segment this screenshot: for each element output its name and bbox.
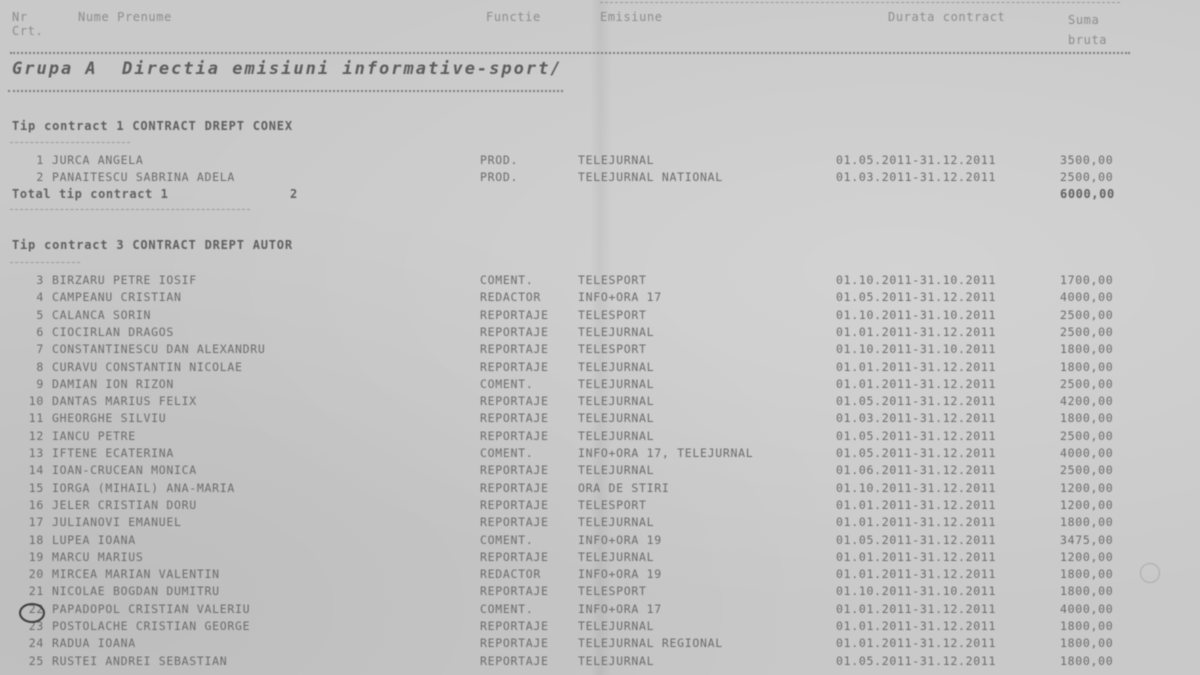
gross-sum: 1800,00 — [1060, 654, 1113, 668]
table-row: 25RUSTEI ANDREI SEBASTIANREPORTAJETELEJU… — [0, 654, 1200, 668]
emission: TELEJURNAL — [578, 515, 654, 529]
table-row: 9DAMIAN ION RIZONCOMENT.TELEJURNAL01.01.… — [0, 377, 1200, 391]
paper-smudge — [1140, 563, 1160, 583]
contract-period: 01.01.2011-31.12.2011 — [836, 377, 996, 391]
function: REPORTAJE — [480, 463, 549, 477]
emission: TELEJURNAL — [578, 394, 654, 408]
gross-sum: 1700,00 — [1060, 273, 1113, 287]
table-row: 21NICOLAE BOGDAN DUMITRUREPORTAJETELESPO… — [0, 584, 1200, 598]
contract-period: 01.05.2011-31.12.2011 — [836, 446, 996, 460]
gross-sum: 1800,00 — [1060, 360, 1113, 374]
group-divider — [8, 90, 563, 92]
emission: INFO+ORA 17 — [578, 602, 662, 616]
gross-sum: 2500,00 — [1060, 308, 1113, 322]
contract-period: 01.10.2011-31.12.2011 — [836, 481, 996, 495]
row-number: 19 — [20, 550, 44, 564]
total-sum: 6000,00 — [1060, 187, 1115, 201]
person-name: BIRZARU PETRE IOSIF — [52, 273, 197, 287]
function: PROD. — [480, 170, 518, 184]
person-name: JULIANOVI EMANUEL — [52, 515, 182, 529]
contract-period: 01.06.2011-31.12.2011 — [836, 463, 996, 477]
contract-period: 01.03.2011-31.12.2011 — [836, 411, 996, 425]
table-row: 4CAMPEANU CRISTIANREDACTORINFO+ORA 1701.… — [0, 290, 1200, 304]
total-label: Total tip contract 1 — [12, 187, 169, 201]
row-number: 6 — [20, 325, 44, 339]
group-title: Grupa A Directia emisiuni informative-sp… — [12, 62, 563, 76]
header-period: Durata contract — [888, 10, 1005, 24]
gross-sum: 2500,00 — [1060, 325, 1113, 339]
function: REPORTAJE — [480, 360, 549, 374]
table-row: 18LUPEA IOANACOMENT.INFO+ORA 1901.05.201… — [0, 533, 1200, 547]
scanned-document-page: Nr Crt. Nume Prenume Functie Emisiune Du… — [0, 0, 1200, 675]
function: COMENT. — [480, 273, 533, 287]
contract-period: 01.10.2011-31.10.2011 — [836, 584, 996, 598]
gross-sum: 1800,00 — [1060, 342, 1113, 356]
row-number: 21 — [20, 584, 44, 598]
emission: TELESPORT — [578, 584, 647, 598]
table-row: 5CALANCA SORINREPORTAJETELESPORT01.10.20… — [0, 308, 1200, 322]
function: REPORTAJE — [480, 636, 549, 650]
emission: TELEJURNAL — [578, 550, 654, 564]
person-name: IOAN-CRUCEAN MONICA — [52, 463, 197, 477]
table-row: 7CONSTANTINESCU DAN ALEXANDRUREPORTAJETE… — [0, 342, 1200, 356]
gross-sum: 4200,00 — [1060, 394, 1113, 408]
function: REPORTAJE — [480, 619, 549, 633]
emission: TELEJURNAL — [578, 654, 654, 668]
function: REDACTOR — [480, 290, 541, 304]
person-name: PANAITESCU SABRINA ADELA — [52, 170, 235, 184]
contract-period: 01.05.2011-31.12.2011 — [836, 654, 996, 668]
emission: TELEJURNAL NATIONAL — [578, 170, 723, 184]
gross-sum: 3500,00 — [1060, 153, 1113, 167]
header-nr: Nr Crt. — [12, 10, 43, 38]
table-row: 3BIRZARU PETRE IOSIFCOMENT.TELESPORT01.1… — [0, 273, 1200, 287]
gross-sum: 1200,00 — [1060, 481, 1113, 495]
person-name: MIRCEA MARIAN VALENTIN — [52, 567, 220, 581]
person-name: JURCA ANGELA — [52, 153, 143, 167]
handwritten-circle-mark — [19, 603, 45, 623]
contract-period: 01.03.2011-31.12.2011 — [836, 170, 996, 184]
person-name: DANTAS MARIUS FELIX — [52, 394, 197, 408]
emission: TELEJURNAL — [578, 377, 654, 391]
emission: INFO+ORA 19 — [578, 533, 662, 547]
person-name: DAMIAN ION RIZON — [52, 377, 174, 391]
person-name: IFTENE ECATERINA — [52, 446, 174, 460]
emission: TELEJURNAL REGIONAL — [578, 636, 723, 650]
person-name: JELER CRISTIAN DORU — [52, 498, 197, 512]
emission: TELESPORT — [578, 498, 647, 512]
function: PROD. — [480, 153, 518, 167]
gross-sum: 1800,00 — [1060, 567, 1113, 581]
table-row: 24RADUA IOANAREPORTAJETELEJURNAL REGIONA… — [0, 636, 1200, 650]
row-number: 12 — [20, 429, 44, 443]
gross-sum: 4000,00 — [1060, 290, 1113, 304]
table-row: 22PAPADOPOL CRISTIAN VALERIUCOMENT.INFO+… — [0, 602, 1200, 616]
person-name: RUSTEI ANDREI SEBASTIAN — [52, 654, 227, 668]
emission: TELEJURNAL — [578, 619, 654, 633]
row-number: 25 — [20, 654, 44, 668]
row-number: 24 — [20, 636, 44, 650]
function: REPORTAJE — [480, 394, 549, 408]
contract-period: 01.05.2011-31.12.2011 — [836, 290, 996, 304]
row-number: 1 — [20, 153, 44, 167]
table-row: 8CURAVU CONSTANTIN NICOLAEREPORTAJETELEJ… — [0, 360, 1200, 374]
gross-sum: 1800,00 — [1060, 636, 1113, 650]
person-name: LUPEA IOANA — [52, 533, 136, 547]
emission: TELESPORT — [578, 308, 647, 322]
function: REPORTAJE — [480, 515, 549, 529]
row-number: 3 — [20, 273, 44, 287]
row-number: 9 — [20, 377, 44, 391]
person-name: CONSTANTINESCU DAN ALEXANDRU — [52, 342, 265, 356]
row-number: 17 — [20, 515, 44, 529]
table-row: 2PANAITESCU SABRINA ADELAPROD.TELEJURNAL… — [0, 170, 1200, 184]
contract-period: 01.05.2011-31.12.2011 — [836, 153, 996, 167]
function: COMENT. — [480, 377, 533, 391]
section-title-contract-3: Tip contract 3 CONTRACT DREPT AUTOR — [12, 238, 293, 252]
section-1-divider — [10, 142, 130, 143]
contract-period: 01.01.2011-31.12.2011 — [836, 636, 996, 650]
contract-period: 01.01.2011-31.12.2011 — [836, 567, 996, 581]
table-row: 17JULIANOVI EMANUELREPORTAJETELEJURNAL01… — [0, 515, 1200, 529]
row-number: 13 — [20, 446, 44, 460]
row-number: 11 — [20, 411, 44, 425]
header-emission: Emisiune — [600, 10, 663, 24]
table-row: 12IANCU PETREREPORTAJETELEJURNAL01.05.20… — [0, 429, 1200, 443]
contract-period: 01.01.2011-31.12.2011 — [836, 498, 996, 512]
total-count: 2 — [290, 187, 298, 201]
gross-sum: 3475,00 — [1060, 533, 1113, 547]
function: REPORTAJE — [480, 481, 549, 495]
gross-sum: 1800,00 — [1060, 411, 1113, 425]
gross-sum: 1800,00 — [1060, 619, 1113, 633]
row-number: 7 — [20, 342, 44, 356]
gross-sum: 2500,00 — [1060, 170, 1113, 184]
person-name: MARCU MARIUS — [52, 550, 143, 564]
section-title-contract-1: Tip contract 1 CONTRACT DREPT CONEX — [12, 119, 293, 133]
section-3-divider — [10, 262, 80, 263]
gross-sum: 2500,00 — [1060, 463, 1113, 477]
person-name: CIOCIRLAN DRAGOS — [52, 325, 174, 339]
contract-period: 01.01.2011-31.12.2011 — [836, 550, 996, 564]
person-name: CALANCA SORIN — [52, 308, 151, 322]
person-name: POSTOLACHE CRISTIAN GEORGE — [52, 619, 250, 633]
table-row: 11GHEORGHE SILVIUREPORTAJETELEJURNAL01.0… — [0, 411, 1200, 425]
function: COMENT. — [480, 533, 533, 547]
function: COMENT. — [480, 602, 533, 616]
emission: TELEJURNAL — [578, 325, 654, 339]
function: REPORTAJE — [480, 342, 549, 356]
total-divider — [10, 209, 250, 210]
row-number: 15 — [20, 481, 44, 495]
function: REPORTAJE — [480, 308, 549, 322]
contract-period: 01.01.2011-31.12.2011 — [836, 360, 996, 374]
emission: INFO+ORA 17 — [578, 290, 662, 304]
table-row: 15IORGA (MIHAIL) ANA-MARIAREPORTAJEORA D… — [0, 481, 1200, 495]
person-name: GHEORGHE SILVIU — [52, 411, 166, 425]
function: REDACTOR — [480, 567, 541, 581]
contract-period: 01.01.2011-31.12.2011 — [836, 619, 996, 633]
table-row: 19MARCU MARIUSREPORTAJETELEJURNAL01.01.2… — [0, 550, 1200, 564]
table-row: 14IOAN-CRUCEAN MONICAREPORTAJETELEJURNAL… — [0, 463, 1200, 477]
emission: TELEJURNAL — [578, 153, 654, 167]
header-function: Functie — [486, 10, 541, 24]
emission: TELESPORT — [578, 342, 647, 356]
emission: TELEJURNAL — [578, 360, 654, 374]
row-number: 18 — [20, 533, 44, 547]
gross-sum: 2500,00 — [1060, 377, 1113, 391]
function: REPORTAJE — [480, 498, 549, 512]
gross-sum: 1800,00 — [1060, 584, 1113, 598]
person-name: NICOLAE BOGDAN DUMITRU — [52, 584, 220, 598]
gross-sum: 1800,00 — [1060, 515, 1113, 529]
function: REPORTAJE — [480, 411, 549, 425]
emission: TELESPORT — [578, 273, 647, 287]
header-name: Nume Prenume — [78, 10, 172, 24]
function: REPORTAJE — [480, 584, 549, 598]
contract-period: 01.05.2011-31.12.2011 — [836, 533, 996, 547]
emission: ORA DE STIRI — [578, 481, 669, 495]
gross-sum: 1200,00 — [1060, 550, 1113, 564]
row-number: 2 — [20, 170, 44, 184]
gross-sum: 2500,00 — [1060, 429, 1113, 443]
table-row: 23POSTOLACHE CRISTIAN GEORGEREPORTAJETEL… — [0, 619, 1200, 633]
person-name: CAMPEANU CRISTIAN — [52, 290, 182, 304]
contract-period: 01.05.2011-31.12.2011 — [836, 394, 996, 408]
row-number: 20 — [20, 567, 44, 581]
top-divider — [600, 2, 1120, 3]
table-row: 16JELER CRISTIAN DORUREPORTAJETELESPORT0… — [0, 498, 1200, 512]
emission: TELEJURNAL — [578, 411, 654, 425]
person-name: IORGA (MIHAIL) ANA-MARIA — [52, 481, 235, 495]
header-divider — [10, 52, 1130, 54]
row-number: 16 — [20, 498, 44, 512]
contract-period: 01.10.2011-31.10.2011 — [836, 308, 996, 322]
gross-sum: 1200,00 — [1060, 498, 1113, 512]
table-row: 1JURCA ANGELAPROD.TELEJURNAL01.05.2011-3… — [0, 153, 1200, 167]
gross-sum: 4000,00 — [1060, 446, 1113, 460]
contract-period: 01.05.2011-31.12.2011 — [836, 429, 996, 443]
contract-period: 01.01.2011-31.12.2011 — [836, 325, 996, 339]
emission: INFO+ORA 19 — [578, 567, 662, 581]
table-row: 6CIOCIRLAN DRAGOSREPORTAJETELEJURNAL01.0… — [0, 325, 1200, 339]
table-row: 13IFTENE ECATERINACOMENT.INFO+ORA 17, TE… — [0, 446, 1200, 460]
person-name: IANCU PETRE — [52, 429, 136, 443]
emission: INFO+ORA 17, TELEJURNAL — [578, 446, 753, 460]
row-number: 8 — [20, 360, 44, 374]
contract-period: 01.01.2011-31.12.2011 — [836, 602, 996, 616]
table-row: 10DANTAS MARIUS FELIXREPORTAJETELEJURNAL… — [0, 394, 1200, 408]
contract-period: 01.01.2011-31.12.2011 — [836, 515, 996, 529]
table-row: 20MIRCEA MARIAN VALENTINREDACTORINFO+ORA… — [0, 567, 1200, 581]
function: REPORTAJE — [480, 325, 549, 339]
emission: TELEJURNAL — [578, 463, 654, 477]
function: REPORTAJE — [480, 654, 549, 668]
contract-period: 01.10.2011-31.10.2011 — [836, 273, 996, 287]
function: REPORTAJE — [480, 550, 549, 564]
emission: TELEJURNAL — [578, 429, 654, 443]
gross-sum: 4000,00 — [1060, 602, 1113, 616]
person-name: CURAVU CONSTANTIN NICOLAE — [52, 360, 243, 374]
header-sum: Suma bruta — [1068, 10, 1107, 50]
person-name: PAPADOPOL CRISTIAN VALERIU — [52, 602, 250, 616]
function: REPORTAJE — [480, 429, 549, 443]
function: COMENT. — [480, 446, 533, 460]
contract-period: 01.10.2011-31.10.2011 — [836, 342, 996, 356]
person-name: RADUA IOANA — [52, 636, 136, 650]
row-number: 10 — [20, 394, 44, 408]
row-number: 4 — [20, 290, 44, 304]
row-number: 5 — [20, 308, 44, 322]
row-number: 14 — [20, 463, 44, 477]
